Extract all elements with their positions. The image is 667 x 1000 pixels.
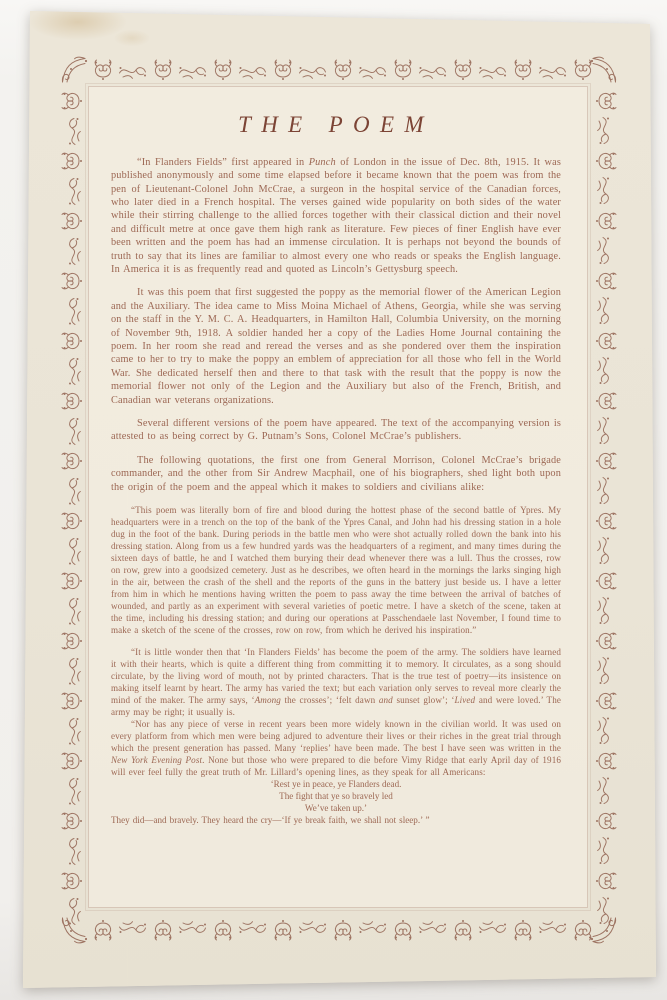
intro-paragraph-3: Several different versions of the poem h… bbox=[111, 417, 561, 444]
paper-sheet: THE POEM “In Flanders Fields” first appe… bbox=[0, 0, 667, 1000]
verse-line-1: ‘Rest ye in peace, ye Flanders dead. bbox=[111, 778, 561, 790]
paper-surface: THE POEM “In Flanders Fields” first appe… bbox=[0, 0, 667, 1000]
verse-line-3: We’ve taken up.’ bbox=[111, 802, 561, 814]
photo-backdrop: THE POEM “In Flanders Fields” first appe… bbox=[0, 0, 667, 1000]
page-title: THE POEM bbox=[111, 111, 561, 140]
verse-block: ‘Rest ye in peace, ye Flanders dead. The… bbox=[111, 778, 561, 814]
intro-paragraph-2: It was this poem that first suggested th… bbox=[111, 286, 561, 407]
closing-line: They did—and bravely. They heard the cry… bbox=[111, 814, 561, 826]
intro-paragraph-4: The following quotations, the first one … bbox=[111, 454, 561, 494]
text-panel: THE POEM “In Flanders Fields” first appe… bbox=[88, 86, 588, 908]
verse-line-2: The fight that ye so bravely led bbox=[111, 790, 561, 802]
quotation-paragraph-3: “Nor has any piece of verse in recent ye… bbox=[111, 718, 561, 778]
intro-paragraph-1: “In Flanders Fields” first appeared in P… bbox=[111, 156, 561, 277]
quotation-paragraph-1: “This poem was literally born of fire an… bbox=[111, 504, 561, 636]
quotation-paragraph-2: “It is little wonder then that ‘In Fland… bbox=[111, 646, 561, 718]
